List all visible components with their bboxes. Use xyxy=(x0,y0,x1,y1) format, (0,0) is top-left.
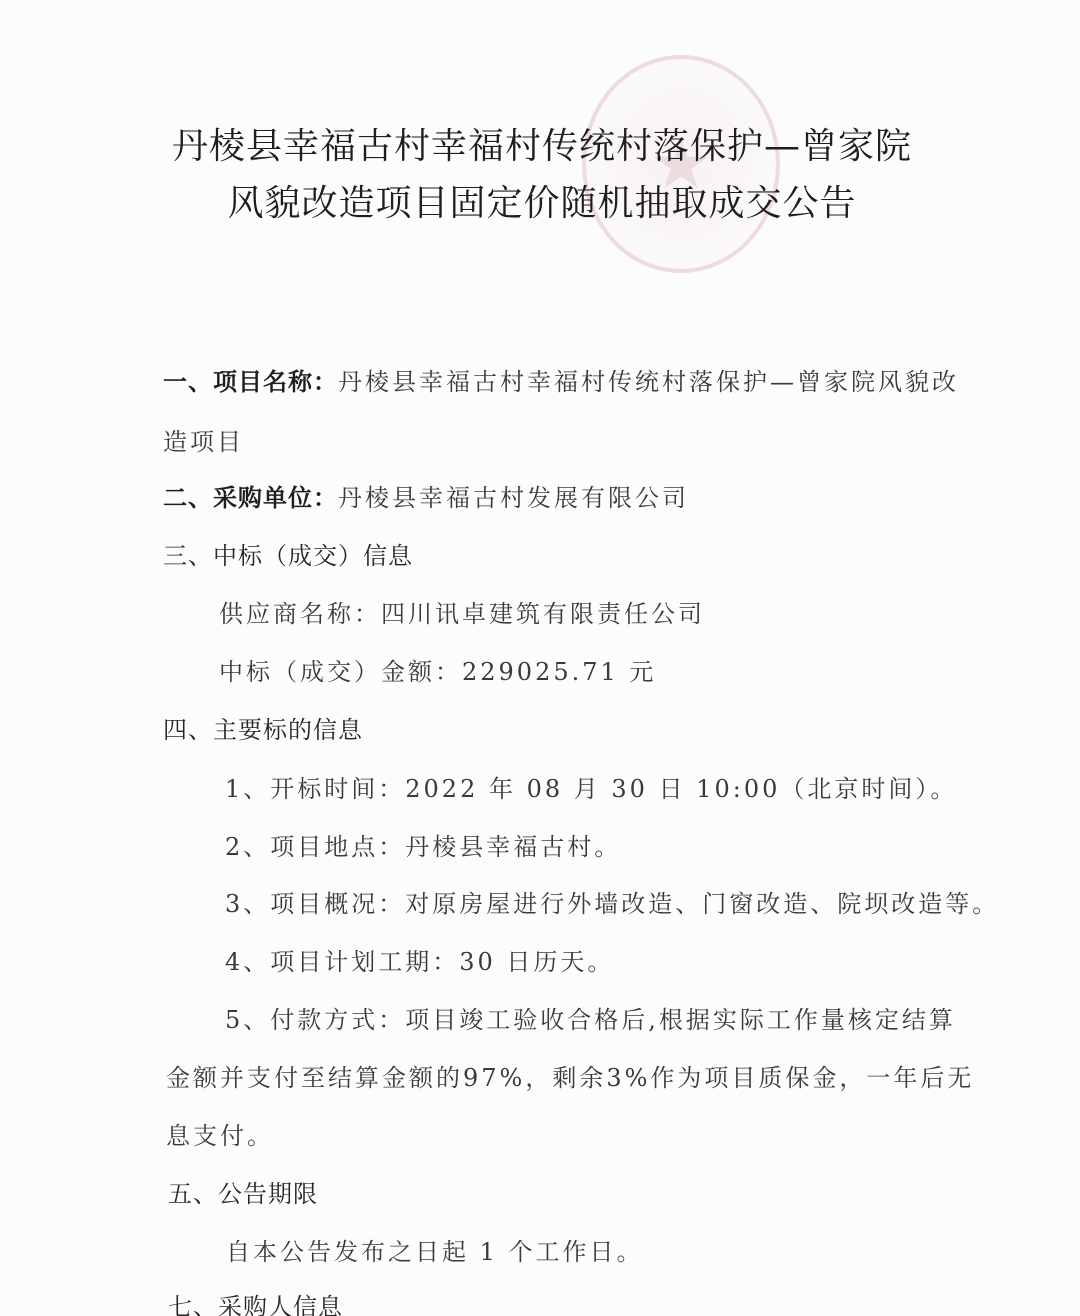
payment-method-text-cont1: 金额并支付至结算金额的97%，剩余3%作为项目质保金，一年后无 xyxy=(166,1064,974,1092)
section-heading-notice-period: 五、公告期限 xyxy=(168,1180,318,1208)
subject-item-4: 4、项目计划工期：30 日历天。 xyxy=(225,942,614,977)
purchaser-value: 丹棱县幸福古村发展有限公司 xyxy=(338,484,689,512)
subject-item-3: 3、项目概况：对原房屋进行外墙改造、门窗改造、院坝改造等。 xyxy=(225,884,999,919)
subject-item-1: 1、开标时间：2022 年 08 月 30 日 10:00（北京时间）。 xyxy=(225,769,957,804)
project-name-continuation: 造项目 xyxy=(163,422,244,457)
notice-period-value: 自本公告发布之日起 1 个工作日。 xyxy=(226,1232,644,1267)
project-name-value-cont: 造项目 xyxy=(163,428,244,456)
section-notice-period: 五、公告期限 xyxy=(168,1174,318,1209)
project-location-text: 2、项目地点：丹棱县幸福古村。 xyxy=(225,833,621,861)
document-title-line-1: 丹棱县幸福古村幸福村传统村落保护—曾家院 xyxy=(0,118,1080,169)
payment-method-text: 5、付款方式：项目竣工验收合格后,根据实际工作量核定结算 xyxy=(225,1006,956,1034)
section-heading-subject-info: 四、主要标的信息 xyxy=(163,716,363,744)
section-project-name: 一、项目名称：丹棱县幸福古村幸福村传统村落保护—曾家院风貌改 xyxy=(163,362,959,397)
subject-item-5: 5、付款方式：项目竣工验收合格后,根据实际工作量核定结算 xyxy=(225,1000,956,1035)
section-heading-project-name: 一、项目名称： xyxy=(163,368,338,396)
document-title-line-2: 风貌改造项目固定价随机抽取成交公告 xyxy=(0,175,1080,226)
payment-method-text-cont2: 息支付。 xyxy=(166,1122,274,1150)
project-name-value: 丹棱县幸福古村幸福村传统村落保护—曾家院风貌改 xyxy=(338,368,959,396)
document-page: ★ 丹棱县幸福古村幸福村传统村落保护—曾家院 风貌改造项目固定价随机抽取成交公告… xyxy=(0,0,1080,1316)
project-overview-text: 3、项目概况：对原房屋进行外墙改造、门窗改造、院坝改造等。 xyxy=(225,890,999,918)
project-duration-text: 4、项目计划工期：30 日历天。 xyxy=(225,948,614,976)
bid-opening-time-text: 1、开标时间：2022 年 08 月 30 日 10:00（北京时间）。 xyxy=(225,775,957,803)
section-purchaser-info: 七、采购人信息 xyxy=(168,1287,343,1316)
subject-item-2: 2、项目地点：丹棱县幸福古村。 xyxy=(225,827,621,862)
section-purchaser: 二、采购单位：丹棱县幸福古村发展有限公司 xyxy=(163,478,689,513)
section-heading-purchaser-info: 七、采购人信息 xyxy=(168,1293,343,1316)
section-subject-info: 四、主要标的信息 xyxy=(163,710,363,745)
notice-period-text: 自本公告发布之日起 1 个工作日。 xyxy=(226,1238,644,1266)
payment-method-continuation-1: 金额并支付至结算金额的97%，剩余3%作为项目质保金，一年后无 xyxy=(166,1058,974,1093)
award-amount: 中标（成交）金额：229025.71 元 xyxy=(219,652,656,687)
award-amount-text: 中标（成交）金额：229025.71 元 xyxy=(219,658,656,686)
supplier-name-text: 供应商名称：四川讯卓建筑有限责任公司 xyxy=(219,600,705,628)
section-heading-award-info: 三、中标（成交）信息 xyxy=(163,542,413,570)
section-award-info: 三、中标（成交）信息 xyxy=(163,536,413,571)
section-heading-purchaser: 二、采购单位： xyxy=(163,484,338,512)
award-supplier: 供应商名称：四川讯卓建筑有限责任公司 xyxy=(219,594,705,629)
payment-method-continuation-2: 息支付。 xyxy=(166,1116,274,1151)
